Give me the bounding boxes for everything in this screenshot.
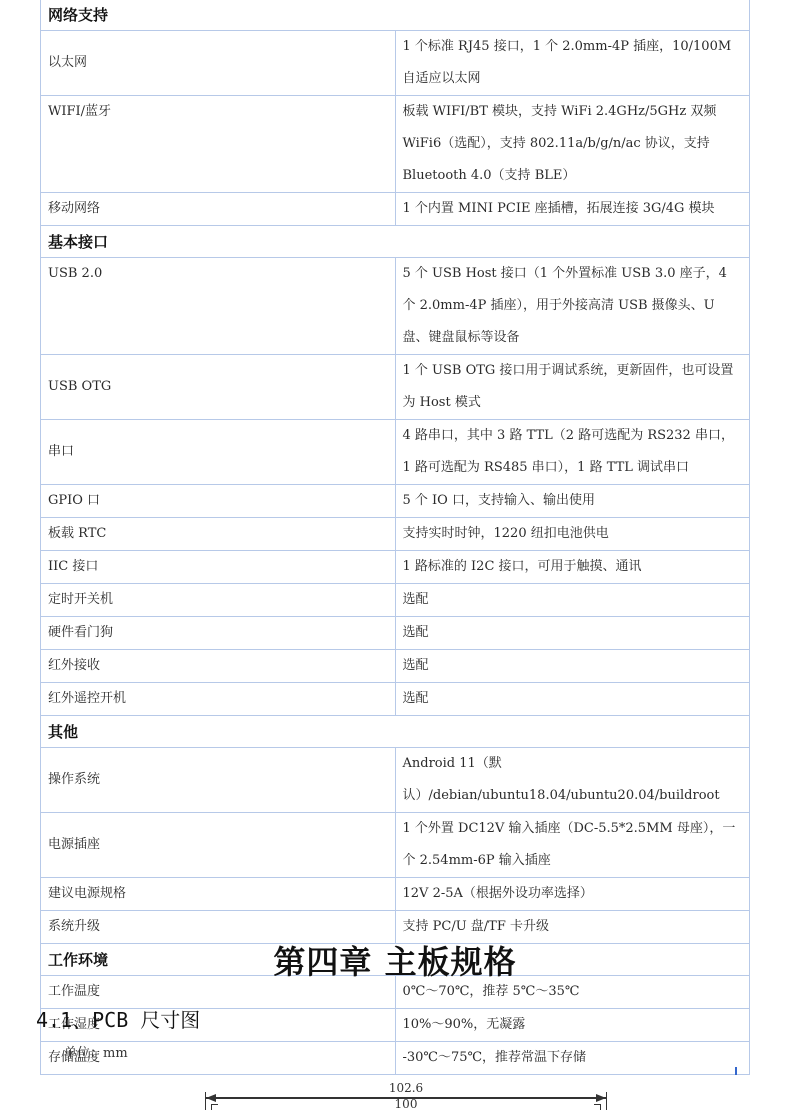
row-value: 5 个 IO 口，支持输入、输出使用 [395, 485, 750, 518]
table-row: GPIO 口 5 个 IO 口，支持输入、输出使用 [41, 485, 750, 518]
table-row: IIC 接口 1 路标准的 I2C 接口，可用于触摸、通讯 [41, 551, 750, 584]
row-value: 4 路串口，其中 3 路 TTL（2 路可选配为 RS232 串口，1 路可选配… [395, 420, 750, 485]
row-value: 12V 2-5A（根据外设功率选择） [395, 878, 750, 911]
section-header-row: 基本接口 [41, 226, 750, 258]
section-heading-pcb: 4.1、PCB 尺寸图 [36, 1004, 200, 1033]
row-label: IIC 接口 [41, 551, 396, 584]
table-row: WIFI/蓝牙 板载 WIFI/BT 模块，支持 WiFi 2.4GHz/5GH… [41, 96, 750, 193]
table-row: 红外接收 选配 [41, 650, 750, 683]
row-value: 支持实时时钟，1220 纽扣电池供电 [395, 518, 750, 551]
table-row: 红外遥控开机 选配 [41, 683, 750, 716]
row-label: GPIO 口 [41, 485, 396, 518]
table-row: 以太网 1 个标准 RJ45 接口，1 个 2.0mm-4P 插座，10/100… [41, 31, 750, 96]
section-title-other: 其他 [41, 716, 750, 748]
table-row: 建议电源规格 12V 2-5A（根据外设功率选择） [41, 878, 750, 911]
row-label: 建议电源规格 [41, 878, 396, 911]
table-row: USB 2.0 5 个 USB Host 接口（1 个外置标准 USB 3.0 … [41, 258, 750, 355]
row-label: WIFI/蓝牙 [41, 96, 396, 193]
row-value: 1 个标准 RJ45 接口，1 个 2.0mm-4P 插座，10/100M 自适… [395, 31, 750, 96]
row-label: USB OTG [41, 355, 396, 420]
row-label: 硬件看门狗 [41, 617, 396, 650]
row-label: 红外接收 [41, 650, 396, 683]
row-value: 选配 [395, 683, 750, 716]
table-row: 板载 RTC 支持实时时钟，1220 纽扣电池供电 [41, 518, 750, 551]
table-row: 操作系统 Android 11（默认）/debian/ubuntu18.04/u… [41, 748, 750, 813]
row-value: -30℃～75℃，推荐常温下存储 [395, 1042, 750, 1075]
row-value: 1 路标准的 I2C 接口，可用于触摸、通讯 [395, 551, 750, 584]
row-value: 1 个外置 DC12V 输入插座（DC-5.5*2.5MM 母座），一个 2.5… [395, 813, 750, 878]
row-label: 以太网 [41, 31, 396, 96]
outer-width-label: 102.6 [203, 1082, 609, 1094]
row-value: 选配 [395, 650, 750, 683]
section-title-network: 网络支持 [41, 0, 750, 31]
table-row: 移动网络 1 个内置 MINI PCIE 座插槽，拓展连接 3G/4G 模块 [41, 193, 750, 226]
row-label: 板载 RTC [41, 518, 396, 551]
table-row: 定时开关机 选配 [41, 584, 750, 617]
row-label: USB 2.0 [41, 258, 396, 355]
table-row: 硬件看门狗 选配 [41, 617, 750, 650]
row-value: 板载 WIFI/BT 模块，支持 WiFi 2.4GHz/5GHz 双频 WiF… [395, 96, 750, 193]
inner-width-label: 100 [203, 1098, 609, 1110]
table-row: 电源插座 1 个外置 DC12V 输入插座（DC-5.5*2.5MM 母座），一… [41, 813, 750, 878]
row-label: 移动网络 [41, 193, 396, 226]
section-header-row: 网络支持 [41, 0, 750, 31]
inner-tick-left [211, 1104, 218, 1110]
section-header-row: 其他 [41, 716, 750, 748]
unit-label: 单位：mm [64, 1042, 128, 1061]
text-cursor-mark [735, 1067, 737, 1075]
inner-tick-right [594, 1104, 601, 1110]
row-value: 选配 [395, 584, 750, 617]
row-label: 操作系统 [41, 748, 396, 813]
table-row: 串口 4 路串口，其中 3 路 TTL（2 路可选配为 RS232 串口，1 路… [41, 420, 750, 485]
row-label: 定时开关机 [41, 584, 396, 617]
row-label: 串口 [41, 420, 396, 485]
pcb-dimension-drawing: 102.6 100 [203, 1080, 609, 1110]
section-title-basic-interfaces: 基本接口 [41, 226, 750, 258]
row-label: 电源插座 [41, 813, 396, 878]
row-value: 5 个 USB Host 接口（1 个外置标准 USB 3.0 座子，4 个 2… [395, 258, 750, 355]
row-value: 1 个 USB OTG 接口用于调试系统，更新固件，也可设置为 Host 模式 [395, 355, 750, 420]
spec-table: 网络支持 以太网 1 个标准 RJ45 接口，1 个 2.0mm-4P 插座，1… [40, 0, 750, 1075]
row-value: 选配 [395, 617, 750, 650]
chapter-title: 第四章 主板规格 [0, 937, 790, 983]
row-value: 10%～90%，无凝露 [395, 1009, 750, 1042]
row-label: 红外遥控开机 [41, 683, 396, 716]
row-value: 1 个内置 MINI PCIE 座插槽，拓展连接 3G/4G 模块 [395, 193, 750, 226]
table-row: USB OTG 1 个 USB OTG 接口用于调试系统，更新固件，也可设置为 … [41, 355, 750, 420]
table-row: 存储温度 -30℃～75℃，推荐常温下存储 [41, 1042, 750, 1075]
row-value: Android 11（默认）/debian/ubuntu18.04/ubuntu… [395, 748, 750, 813]
